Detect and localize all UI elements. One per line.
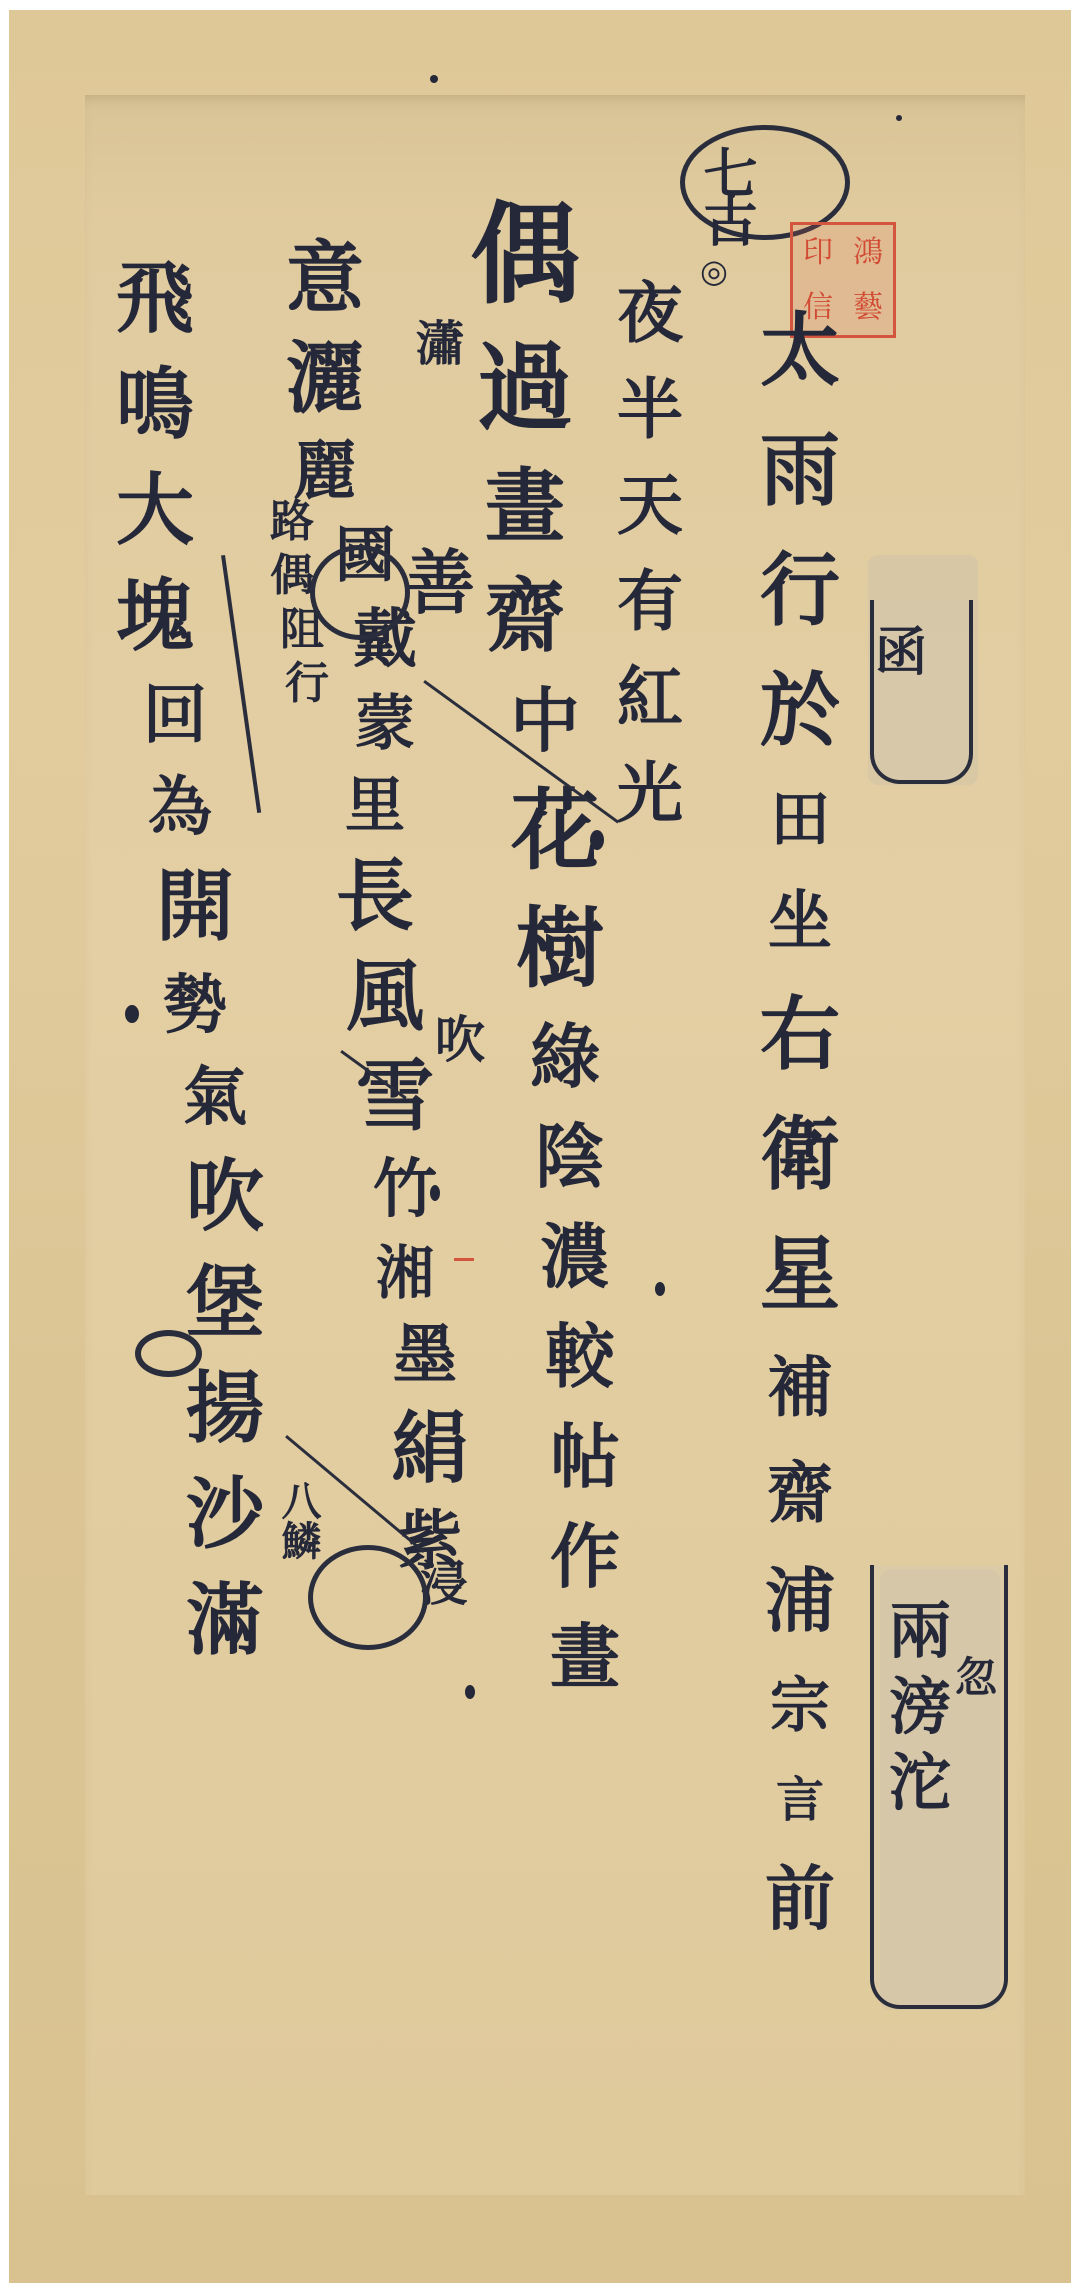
ink-dot bbox=[125, 1005, 139, 1023]
col7-char: 滿 bbox=[186, 1582, 264, 1660]
col7-char: 堡 bbox=[186, 1264, 264, 1342]
col1-char: 衛 bbox=[760, 1114, 840, 1194]
side-char: 沱 bbox=[889, 1752, 951, 1814]
col7-char: 開 bbox=[156, 868, 234, 946]
col3-char: 中 bbox=[510, 686, 580, 756]
red-tick-mark bbox=[454, 1258, 474, 1261]
ink-dot bbox=[430, 75, 438, 83]
col5-char: 湘 bbox=[376, 1244, 434, 1302]
column-2: 夜 半 天 有 紅 光 bbox=[600, 280, 700, 826]
col6-char: 偶 bbox=[270, 554, 314, 598]
col5-char: 灑 bbox=[286, 340, 364, 418]
col7-char: 為 bbox=[148, 776, 212, 840]
col1-char: 前 bbox=[765, 1864, 835, 1934]
col2-char: 有 bbox=[617, 568, 683, 634]
col3-char: 綠 bbox=[530, 1022, 600, 1092]
col3-char: 較 bbox=[545, 1322, 615, 1392]
col3-char: 畫 bbox=[485, 466, 565, 546]
col4-char: 瀟 bbox=[416, 320, 464, 368]
small-circle-mark: ◎ bbox=[700, 252, 728, 290]
col3-char: 齋 bbox=[485, 576, 565, 656]
col1-char: 於 bbox=[760, 670, 840, 750]
col5-char: 麗 bbox=[293, 440, 357, 504]
col1-char: 齋 bbox=[767, 1460, 833, 1526]
column-1: 太 雨 行 於 田 坐 右 衛 星 補 齋 浦 宗 言 前 bbox=[745, 310, 855, 1934]
col1-char: 雨 bbox=[760, 430, 840, 510]
col1-char: 浦 bbox=[765, 1566, 835, 1636]
col7-char: 回 bbox=[143, 684, 207, 748]
side-char: 兩 bbox=[889, 1600, 951, 1662]
col1-char: 坐 bbox=[768, 890, 832, 954]
ink-dot bbox=[590, 830, 604, 850]
col7-char: 揚 bbox=[186, 1370, 264, 1448]
side-annotation-small: 忽 bbox=[955, 1645, 997, 1705]
col5-char: 長 bbox=[336, 858, 414, 936]
ink-dot bbox=[465, 1685, 475, 1699]
col2-char: 夜 bbox=[617, 280, 683, 346]
col7-char: 鳴 bbox=[116, 366, 194, 444]
col5-char: 蒙 bbox=[355, 694, 415, 754]
col1-char: 太 bbox=[760, 310, 840, 390]
header-label: 七古 bbox=[700, 145, 754, 241]
col5-char: 竹 bbox=[373, 1158, 437, 1222]
column-5: 意 灑 麗 國 戴 蒙 里 長 風 雪 竹 湘 墨 絹 紫 bbox=[270, 240, 380, 1574]
col3-char: 畫 bbox=[550, 1622, 620, 1692]
seal-char: 印 bbox=[793, 238, 843, 268]
col5-char: 墨 bbox=[393, 1324, 457, 1388]
side-annotation-top: 函 bbox=[875, 610, 927, 685]
col3-char: 樹 bbox=[516, 904, 604, 992]
column-7: 飛 鳴 大 塊 回 為 開 勢 氣 吹 堡 揚 沙 滿 bbox=[100, 260, 210, 1660]
circle-mark-chui bbox=[135, 1330, 202, 1377]
col2-char: 半 bbox=[617, 376, 683, 442]
col5-char: 風 bbox=[346, 958, 424, 1036]
col1-char: 右 bbox=[760, 994, 840, 1074]
col3-char: 帖 bbox=[550, 1422, 620, 1492]
header-char-gu: 七古 bbox=[700, 145, 754, 241]
col7-char: 沙 bbox=[186, 1476, 264, 1554]
col2-char: 天 bbox=[617, 472, 683, 538]
seal-char: 鴻 bbox=[843, 238, 893, 268]
col3-char: 陰 bbox=[535, 1122, 605, 1192]
side-annotation-bottom: 兩 滂 沱 bbox=[880, 1600, 960, 1814]
column-3: 偶 過 畫 齋 中 花 樹 綠 陰 濃 較 帖 作 畫 bbox=[465, 200, 585, 1692]
ink-dot bbox=[655, 1282, 665, 1296]
col5-char: 里 bbox=[345, 776, 405, 836]
col3-char: 過 bbox=[477, 340, 573, 436]
circle-mark-xiang bbox=[308, 1545, 428, 1650]
col7-char: 大 bbox=[116, 472, 194, 550]
column-4: 瀟 善 bbox=[405, 320, 475, 618]
col3-char: 濃 bbox=[540, 1222, 610, 1292]
col1-char: 星 bbox=[760, 1234, 840, 1314]
ink-dot bbox=[430, 1185, 440, 1201]
circle-mark-guo bbox=[310, 545, 410, 640]
col3-char: 作 bbox=[550, 1522, 620, 1592]
col2-char: 光 bbox=[617, 760, 683, 826]
col2-char: 紅 bbox=[617, 664, 683, 730]
col1-char: 言 bbox=[776, 1776, 824, 1824]
col6-char: 行 bbox=[285, 662, 329, 706]
ink-dot bbox=[896, 115, 902, 121]
col5-char: 絹 bbox=[391, 1410, 469, 1488]
col1-char: 行 bbox=[760, 550, 840, 630]
insert-ba: 八鱗 bbox=[270, 1480, 327, 1560]
insert-chui: 吹 bbox=[435, 1000, 485, 1072]
col6-char: 路 bbox=[270, 500, 314, 544]
col3-char: 偶 bbox=[470, 200, 580, 310]
col1-char: 補 bbox=[767, 1354, 833, 1420]
col7-char: 飛 bbox=[116, 260, 194, 338]
col7-char: 吹 bbox=[186, 1158, 264, 1236]
col7-char: 勢 bbox=[163, 974, 227, 1038]
side-char: 滂 bbox=[889, 1676, 951, 1738]
col1-char: 宗 bbox=[770, 1676, 830, 1736]
col5-char: 意 bbox=[286, 240, 364, 318]
col7-char: 塊 bbox=[116, 578, 194, 656]
col1-char: 田 bbox=[770, 790, 830, 850]
col7-char: 氣 bbox=[183, 1066, 247, 1130]
